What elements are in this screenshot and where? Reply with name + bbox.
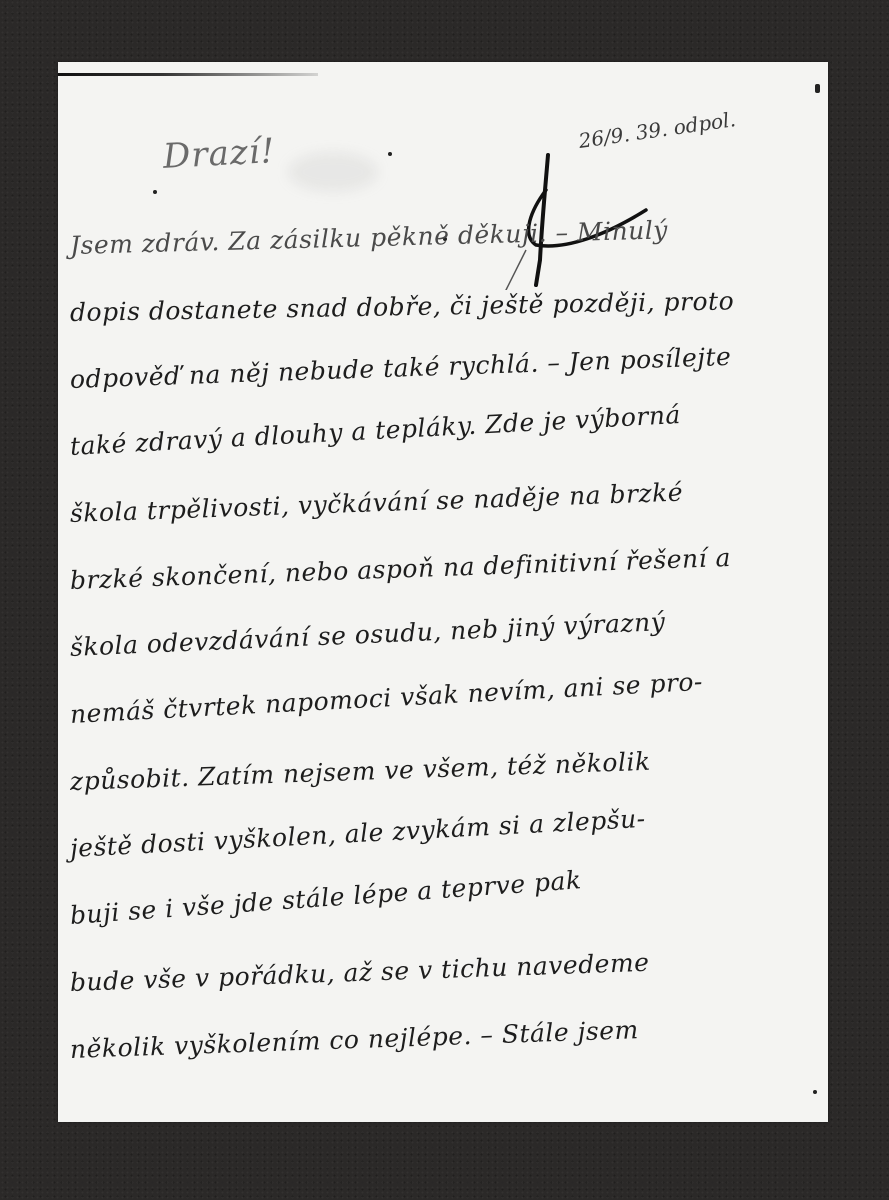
print-edge-artifact: [58, 73, 318, 76]
letter-photo-print: Drazí! 26/9. 39. odpol. Jsem zdráv. Za z…: [58, 62, 828, 1122]
paper-speck: [813, 1090, 817, 1094]
letter-line: Jsem zdráv. Za zásilku pěkně děkuji. – M…: [69, 193, 815, 279]
paper-speck: [388, 152, 392, 156]
paper-speck: [153, 190, 157, 194]
letter-body: Jsem zdráv. Za zásilku pěkně děkuji. – M…: [70, 212, 815, 1083]
salutation: Drazí!: [162, 131, 276, 177]
paper-smudge: [288, 152, 378, 192]
paper-speck: [815, 84, 820, 93]
